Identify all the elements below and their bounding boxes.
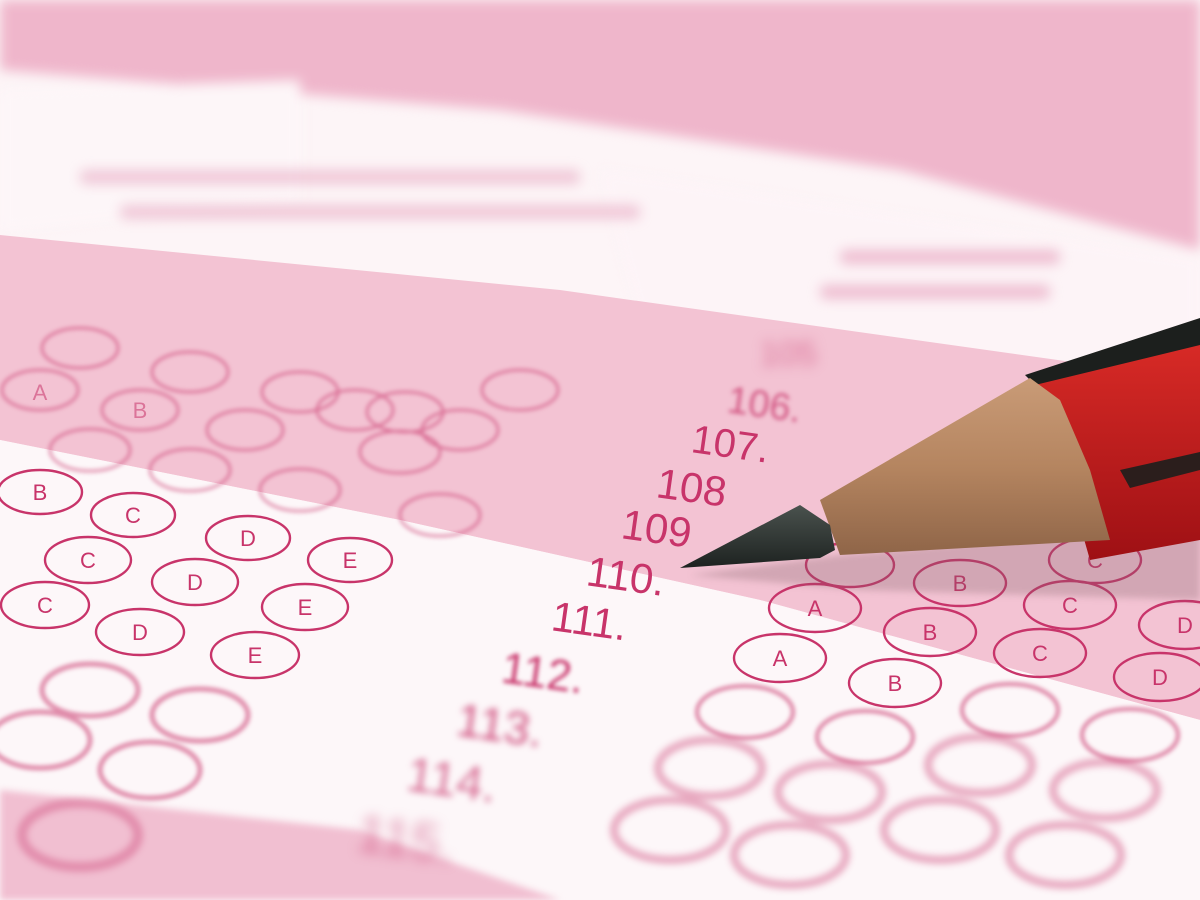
- svg-text:C: C: [37, 593, 53, 618]
- svg-text:E: E: [298, 595, 313, 620]
- qnum-105: 105: [760, 335, 817, 373]
- svg-text:B: B: [33, 480, 48, 505]
- photo-canvas: 105 106. 107. 108 109 110. 111. 112. 113…: [0, 0, 1200, 900]
- svg-text:B: B: [888, 671, 903, 696]
- svg-text:E: E: [248, 643, 263, 668]
- svg-text:C: C: [125, 503, 141, 528]
- svg-text:D: D: [187, 570, 203, 595]
- svg-text:D: D: [1177, 613, 1193, 638]
- svg-text:C: C: [1062, 593, 1078, 618]
- svg-text:A: A: [33, 380, 48, 405]
- svg-text:E: E: [343, 548, 358, 573]
- answer-sheet-photo: 105 106. 107. 108 109 110. 111. 112. 113…: [0, 0, 1200, 900]
- svg-text:D: D: [132, 620, 148, 645]
- svg-text:D: D: [1152, 665, 1168, 690]
- svg-text:A: A: [773, 646, 788, 671]
- svg-text:C: C: [80, 548, 96, 573]
- svg-text:A: A: [808, 596, 823, 621]
- svg-text:B: B: [133, 398, 148, 423]
- svg-text:B: B: [923, 620, 938, 645]
- qnum-109: 109: [619, 500, 695, 556]
- svg-text:D: D: [240, 526, 256, 551]
- svg-text:C: C: [1032, 641, 1048, 666]
